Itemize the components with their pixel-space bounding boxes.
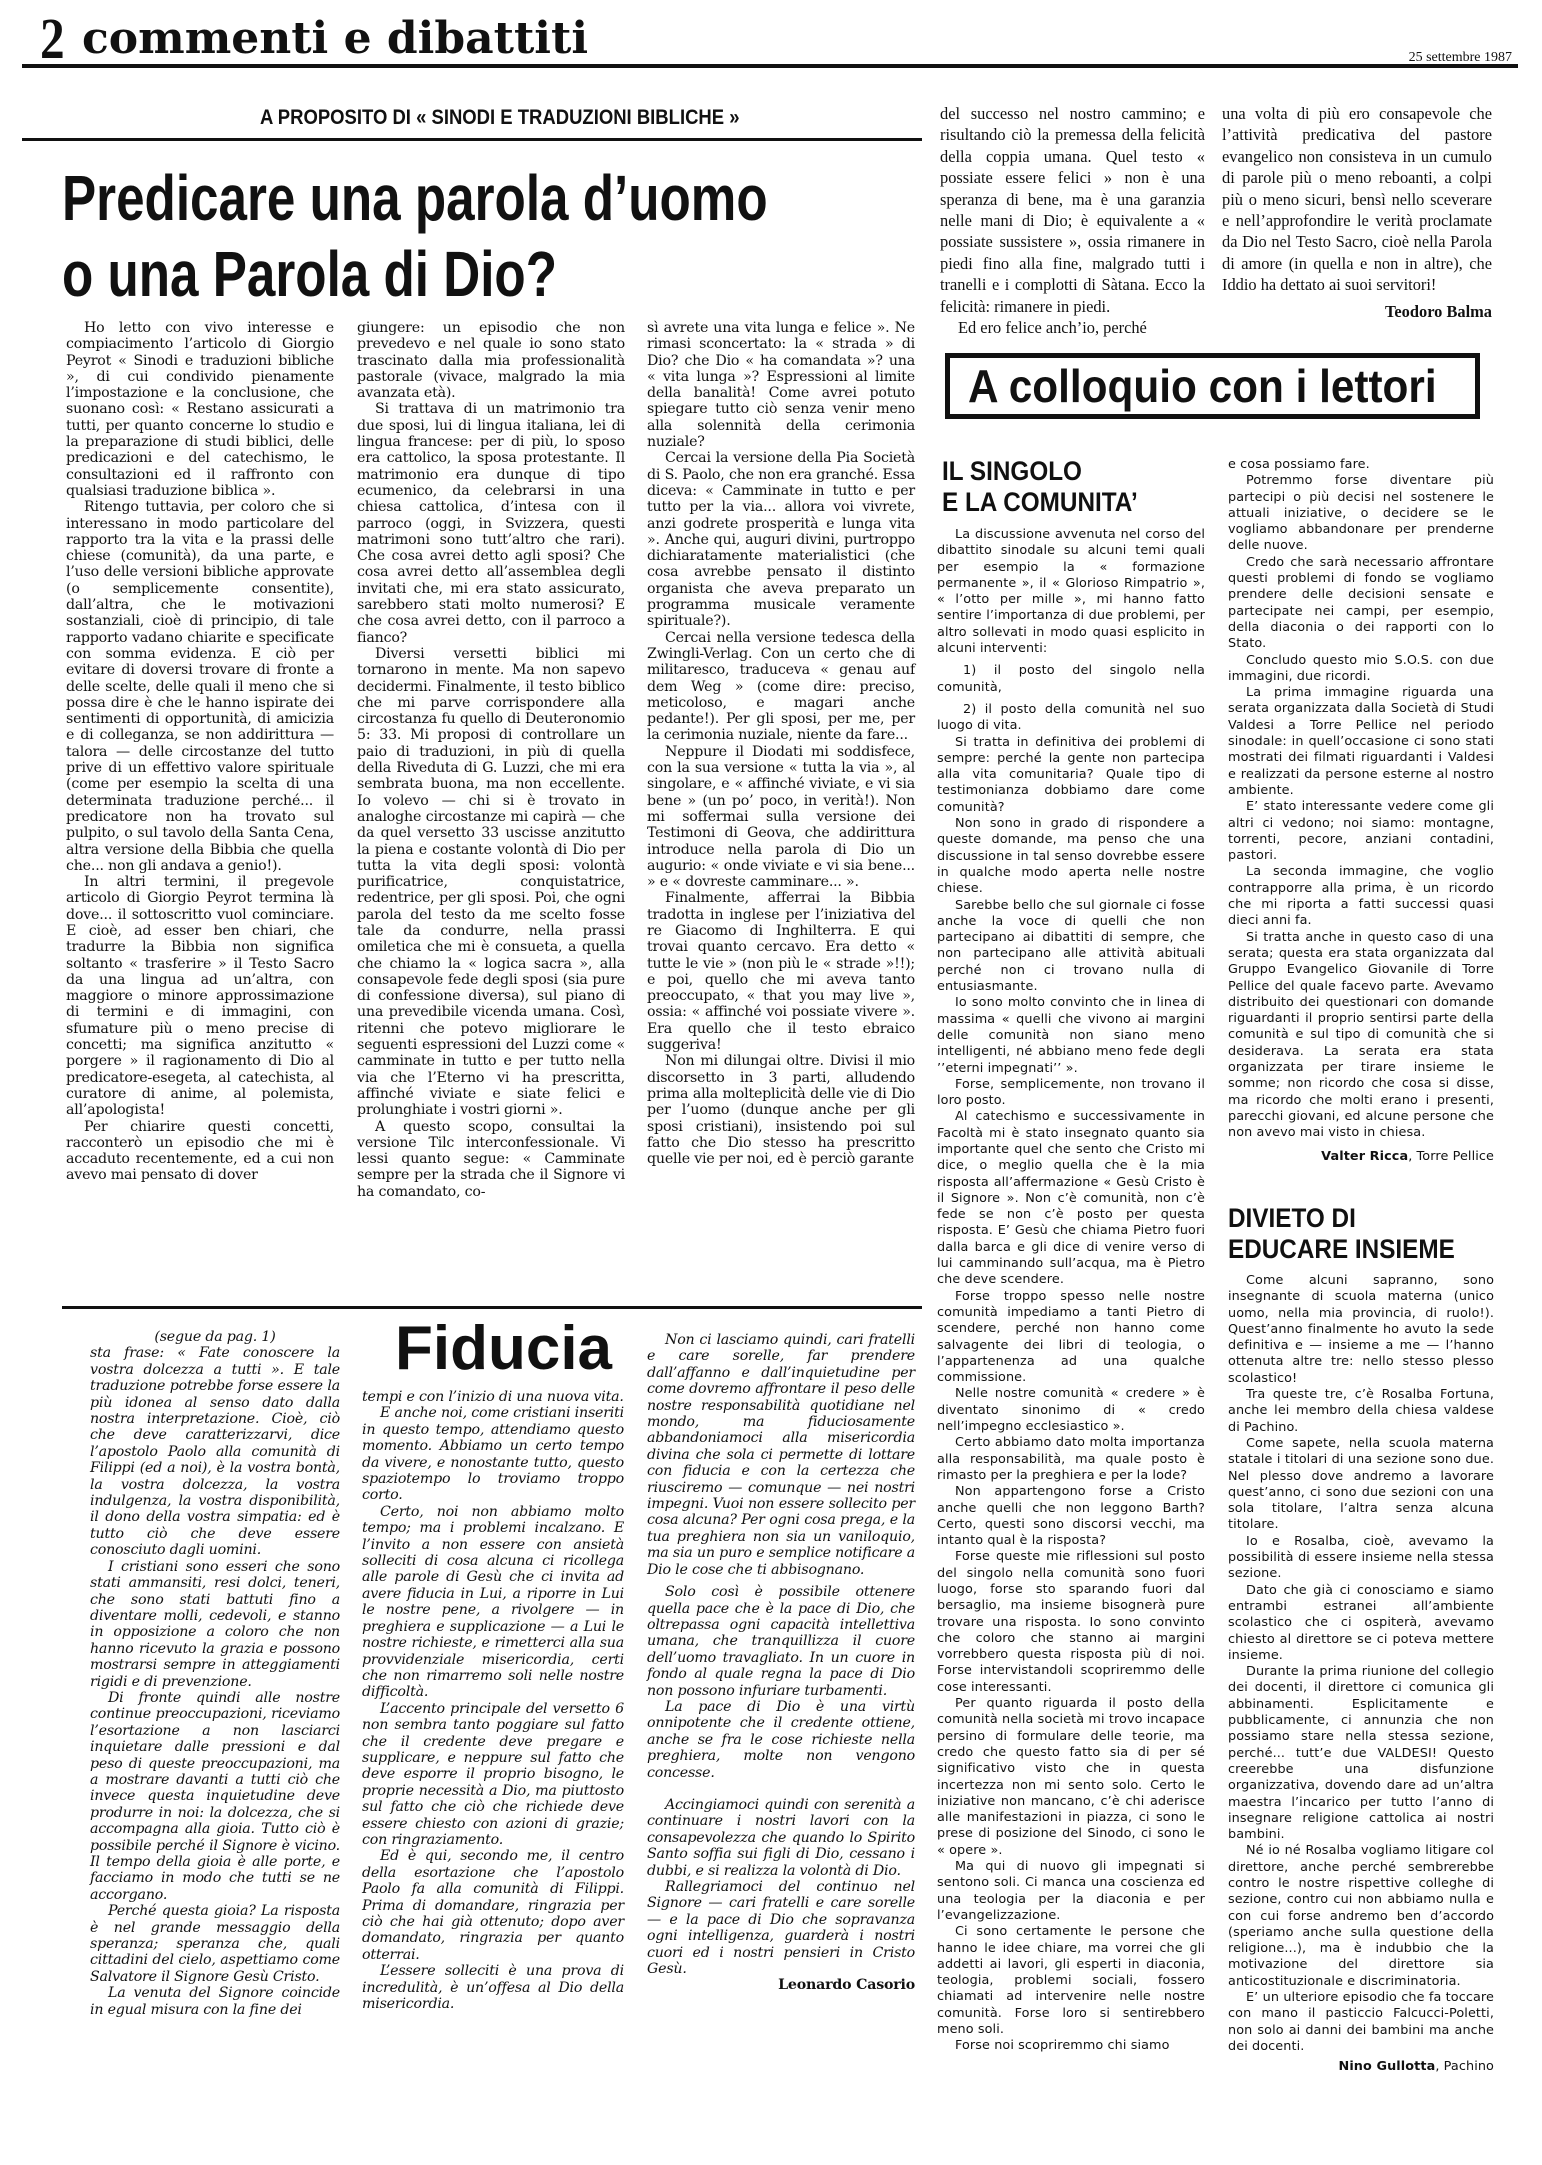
paragraph: Forse, semplicemente, non trovano il lor… [937,1077,1205,1110]
paragraph: Ma qui di nuovo gli impegnati si sentono… [937,1859,1205,1924]
paragraph: Cercai la versione della Pia Società di … [647,450,915,629]
paragraph: Dato che già ci conosciamo e siamo entra… [1228,1583,1494,1664]
article-column-5: una volta di più ero consapevole che l’a… [1222,103,1492,322]
paragraph: Ci sono certamente le persone che hanno … [937,1924,1205,2038]
paragraph: giungere: un episodio che non prevedevo … [357,320,625,401]
paragraph: Si tratta in definitiva dei problemi di … [937,735,1205,816]
paragraph: Sarebbe bello che sul giornale ci fosse … [937,898,1205,996]
paragraph: Solo così è possibile ottenere quella pa… [647,1584,915,1699]
letter-2-title-line-2: EDUCARE INSIEME [1228,1234,1455,1265]
paragraph: Credo che sarà necessario affrontare que… [1228,555,1494,653]
letter-1-title-line-1: IL SINGOLO [942,456,1138,487]
paragraph: Ed ero felice anch’io, perché [940,317,1205,338]
paragraph: Nelle nostre comunità « credere » è dive… [937,1386,1205,1435]
paragraph: Non appartengono forse a Cristo anche qu… [937,1484,1205,1549]
paragraph: La seconda immagine, che voglio contrapp… [1228,864,1494,929]
paragraph: La pace di Dio è una virtù onnipotente c… [647,1699,915,1781]
paragraph: Rallegriamoci del continuo nel Signore —… [647,1879,915,1977]
paragraph: Non sono in grado di rispondere a queste… [937,816,1205,897]
article-kicker: A PROPOSITO DI « SINODI E TRADUZIONI BIB… [260,106,740,130]
letter-2-signature: Nino Gullotta, Pachino [1228,2059,1494,2075]
paragraph: Di fronte quindi alle nostre continue pr… [90,1690,340,1903]
paragraph: Ed è qui, secondo me, il centro della es… [362,1848,624,1963]
letter-1-signature: Valter Ricca, Torre Pellice [1228,1149,1494,1165]
author-signature: Teodoro Balma [1222,301,1492,322]
article-column-2: giungere: un episodio che non prevedevo … [357,320,625,1200]
paragraph: Potremmo forse diventare più partecipi o… [1228,473,1494,554]
paragraph: sì avrete una vita lunga e felice ». Ne … [647,320,915,450]
paragraph: E’ stato interessante vedere come gli al… [1228,799,1494,864]
masthead-rule [22,64,1518,68]
letter-2-title-line-1: DIVIETO DI [1228,1203,1455,1234]
section-title: commenti e dibattiti [82,12,588,66]
letter-1-title-line-2: E LA COMUNITA’ [942,487,1138,518]
paragraph: una volta di più ero consapevole che l’a… [1222,103,1492,296]
headline-line-1: Predicare una parola d’uomo [62,160,766,236]
list-item: 2) il posto della comunità nel suo luogo… [937,702,1205,735]
paragraph: La venuta del Signore coincide in egual … [90,1985,340,2018]
page-number: 2 [40,10,65,68]
list-item: 1) il posto del singolo nella comunità, [937,663,1205,696]
paragraph: E’ un ulteriore episodio che fa toccare … [1228,1990,1494,2055]
article-bottom-rule [62,1306,922,1309]
paragraph: Né io né Rosalba vogliamo litigare col d… [1228,1843,1494,1990]
paragraph: La discussione avvenuta nel corso del di… [937,527,1205,657]
paragraph: Come sapete, nella scuola materna statal… [1228,1436,1494,1534]
paragraph: Si trattava di un matrimonio tra due spo… [357,401,625,645]
paragraph: sta frase: « Fate conoscere la vostra do… [90,1345,340,1558]
article-column-4: del successo nel nostro cammino; e risul… [940,103,1205,338]
fiducia-column-3: Non ci lasciamo quindi, cari fratelli e … [647,1332,915,1994]
paragraph: Forse queste mie riflessioni sul posto d… [937,1549,1205,1696]
headline-line-2: o una Parola di Dio? [62,236,766,312]
paragraph: tempi e con l’inizio di una nuova vita. [362,1389,624,1405]
paragraph: Io sono molto convinto che in linea di m… [937,995,1205,1076]
paragraph: Si tratta anche in questo caso di una se… [1228,930,1494,1142]
paragraph: Accingiamoci quindi con serenità a conti… [647,1797,915,1879]
paragraph: Neppure il Diodati mi soddisfece, con la… [647,744,915,891]
paragraph: L’accento principale del versetto 6 non … [362,1701,624,1849]
paragraph: I cristiani sono esseri che sono stati a… [90,1559,340,1690]
article-column-1: Ho letto con vivo interesse e compiacime… [66,320,334,1184]
paragraph: Al catechismo e successivamente in Facol… [937,1109,1205,1288]
letter-1-title: IL SINGOLO E LA COMUNITA’ [942,456,1138,518]
paragraph: A questo scopo, consultai la versione Ti… [357,1119,625,1200]
paragraph: Finalmente, afferrai la Bibbia tradotta … [647,890,915,1053]
paragraph: Diversi versetti biblici mi tornarono in… [357,646,625,1119]
paragraph: L’essere solleciti è una prova di incred… [362,1963,624,2012]
paragraph: Non mi dilungai oltre. Divisi il mio dis… [647,1053,915,1167]
fiducia-title: Fiducia [395,1318,612,1380]
paragraph: Non ci lasciamo quindi, cari fratelli e … [647,1332,915,1578]
paragraph: Perché questa gioia? La risposta è nel g… [90,1903,340,1985]
fiducia-column-1: (segue da pag. 1) sta frase: « Fate cono… [90,1329,340,2018]
letter-2-place: , Pachino [1435,2059,1494,2074]
paragraph: Cercai nella versione tedesca della Zwin… [647,630,915,744]
paragraph: Per chiarire questi concetti, racconterò… [66,1119,334,1184]
paragraph: Tra queste tre, c’è Rosalba Fortuna, anc… [1228,1387,1494,1436]
paragraph: Come alcuni sapranno, sono insegnante di… [1228,1273,1494,1387]
article-column-3: sì avrete una vita lunga e felice ». Ne … [647,320,915,1167]
paragraph: Forse troppo spesso nelle nostre comunit… [937,1289,1205,1387]
paragraph: Forse noi scopriremmo chi siamo [937,2038,1205,2054]
continued-note: (segue da pag. 1) [90,1329,340,1345]
paragraph: Io e Rosalba, cioè, avevamo la possibili… [1228,1534,1494,1583]
paragraph: E anche noi, come cristiani inseriti in … [362,1405,624,1503]
paragraph: Ho letto con vivo interesse e compiacime… [66,320,334,499]
paragraph: Concludo questo mio S.O.S. con due immag… [1228,653,1494,686]
letters-banner-title: A colloquio con i lettori [968,357,1437,415]
fiducia-column-2: tempi e con l’inizio di una nuova vita. … [362,1389,624,2012]
letter-1-column-1: La discussione avvenuta nel corso del di… [937,527,1205,2055]
fiducia-signature: Leonardo Casorio [647,1977,915,1993]
letter-2-column: Come alcuni sapranno, sono insegnante di… [1228,1273,1494,2076]
letter-1-place: , Torre Pellice [1408,1149,1494,1164]
paragraph: Per quanto riguarda il posto della comun… [937,1696,1205,1859]
paragraph: Durante la prima riunione del collegio d… [1228,1664,1494,1843]
article-headline: Predicare una parola d’uomo o una Parola… [62,160,766,312]
letter-1-column-2: e cosa possiamo fare. Potremmo forse div… [1228,457,1494,1166]
paragraph: e cosa possiamo fare. [1228,457,1494,473]
letter-1-author: Valter Ricca [1321,1149,1408,1164]
letter-2-title: DIVIETO DI EDUCARE INSIEME [1228,1203,1455,1265]
paragraph: Ritengo tuttavia, per coloro che si inte… [66,499,334,874]
paragraph: La prima immagine riguarda una serata or… [1228,685,1494,799]
paragraph: Certo, noi non abbiamo molto tempo; ma i… [362,1504,624,1701]
paragraph: In altri termini, il pregevole articolo … [66,874,334,1118]
paragraph: del successo nel nostro cammino; e risul… [940,103,1205,317]
kicker-rule [22,138,922,141]
paragraph: Certo abbiamo dato molta importanza alla… [937,1435,1205,1484]
letter-2-author: Nino Gullotta [1339,2059,1436,2074]
